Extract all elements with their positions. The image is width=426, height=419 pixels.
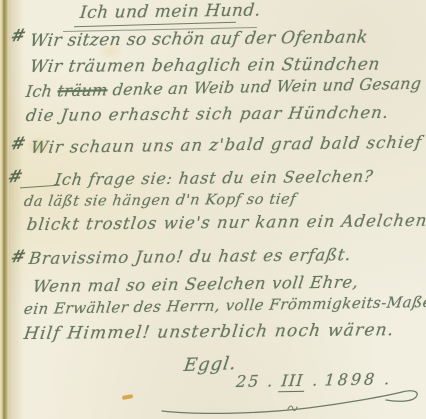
date-separator: . (312, 371, 319, 390)
poem-line: die Juno erhascht sich paar Hündchen. (25, 103, 391, 125)
stanza-marker: # (9, 25, 28, 46)
poem-line: Wir sitzen so schön auf der Ofenbank (29, 27, 369, 51)
poem-line: Ich frage sie: hast du ein Seelchen? (54, 167, 375, 189)
stanza-marker: # (9, 246, 28, 267)
signature: Eggl. (183, 353, 239, 376)
poem-line-text: denke an Weib und Wein und Gesang (106, 74, 422, 100)
signature-flourish (158, 388, 426, 418)
poem-line: da läßt sie hängen d'n Kopf so tief (23, 192, 297, 210)
manuscript-photo: Ich und mein Hund. # Wir sitzen so schön… (0, 0, 426, 419)
page-edge-shadow (9, 0, 23, 419)
poem-line: blickt trostlos wie's nur kann ein Adelc… (26, 211, 426, 234)
date-separator: . (383, 369, 390, 388)
date-year: 1898 (324, 370, 378, 390)
poem-title: Ich und mein Hund. (79, 0, 262, 23)
poem-line: Wenn mal so ein Seelchen voll Ehre, (32, 272, 360, 296)
poem-line: Bravissimo Juno! du hast es erfaßt. (28, 245, 353, 268)
poem-line: Wir träumen behaglich ein Stündchen (29, 55, 382, 77)
stanza-marker: # (9, 133, 28, 154)
poem-line: Wir schaun uns an z'bald grad bald schie… (30, 133, 424, 157)
orange-stain (122, 394, 134, 400)
poem-line: Ich träum denke an Weib und Wein und Ges… (25, 74, 422, 101)
poem-line: Hilf Himmel! unsterblich noch wären. (23, 320, 396, 344)
poem-line-text: Ich (25, 81, 59, 101)
poem-line: ein Erwähler des Herrn, volle Frömmigkei… (23, 293, 426, 318)
struck-word: träum (56, 80, 108, 100)
